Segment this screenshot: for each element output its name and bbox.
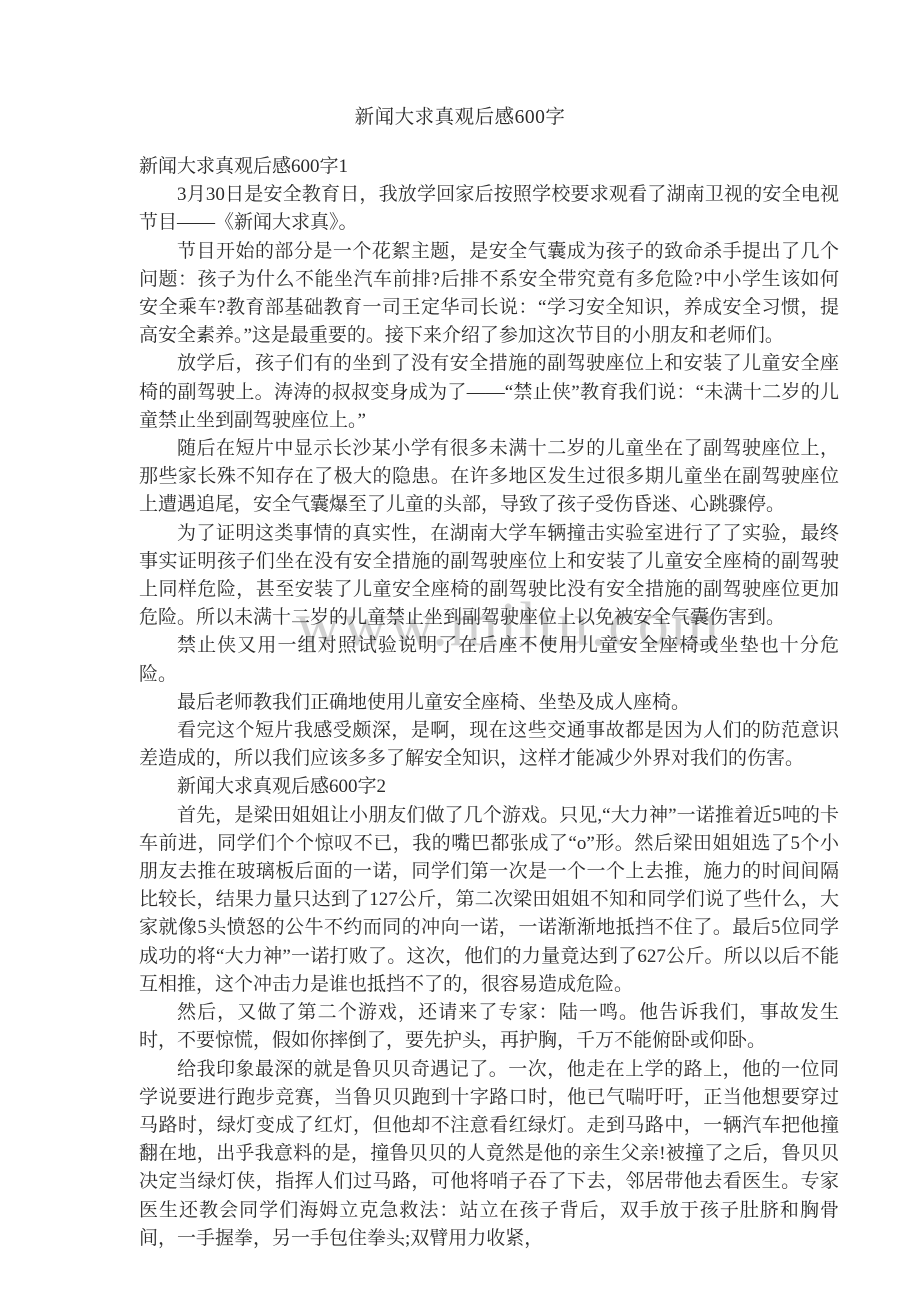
document-body: 新闻大求真观后感600字13月30日是安全教育日，我放学回家后按照学校要求观看了…: [139, 153, 839, 1253]
paragraph: 最后老师教我们正确地使用儿童安全座椅、坐垫及成人座椅。: [139, 689, 839, 717]
paragraph: 新闻大求真观后感600字2: [139, 773, 839, 801]
paragraph: 为了证明这类事情的真实性，在湖南大学车辆撞击实验室进行了了实验，最终事实证明孩子…: [139, 520, 839, 633]
paragraph: 随后在短片中显示长沙某小学有很多未满十二岁的儿童坐在了副驾驶座位上，那些家长殊不…: [139, 435, 839, 520]
paragraph: 看完这个短片我感受颇深，是啊，现在这些交通事故都是因为人们的防范意识差造成的，所…: [139, 717, 839, 773]
paragraph: 给我印象最深的就是鲁贝贝奇遇记了。一次，他走在上学的路上，他的一位同学说要进行跑…: [139, 1056, 839, 1253]
document-page: www.miltu.com 新闻大求真观后感600字 新闻大求真观后感600字1…: [0, 0, 920, 1302]
paragraph: 首先，是梁田姐姐让小朋友们做了几个游戏。只见,“大力神”一诺推着近5吨的卡车前进…: [139, 802, 839, 999]
paragraph: 节目开始的部分是一个花絮主题，是安全气囊成为孩子的致命杀手提出了几个问题：孩子为…: [139, 238, 839, 351]
paragraph: 禁止侠又用一组对照试验说明了在后座不使用儿童安全座椅或坐垫也十分危险。: [139, 632, 839, 688]
paragraph: 然后，又做了第二个游戏，还请来了专家：陆一鸣。他告诉我们，事故发生时，不要惊慌，…: [139, 999, 839, 1055]
document-title: 新闻大求真观后感600字: [0, 0, 920, 132]
paragraph: 3月30日是安全教育日，我放学回家后按照学校要求观看了湖南卫视的安全电视节目——…: [139, 181, 839, 237]
paragraph: 放学后，孩子们有的坐到了没有安全措施的副驾驶座位上和安装了儿童安全座椅的副驾驶上…: [139, 350, 839, 435]
paragraph: 新闻大求真观后感600字1: [139, 153, 839, 181]
